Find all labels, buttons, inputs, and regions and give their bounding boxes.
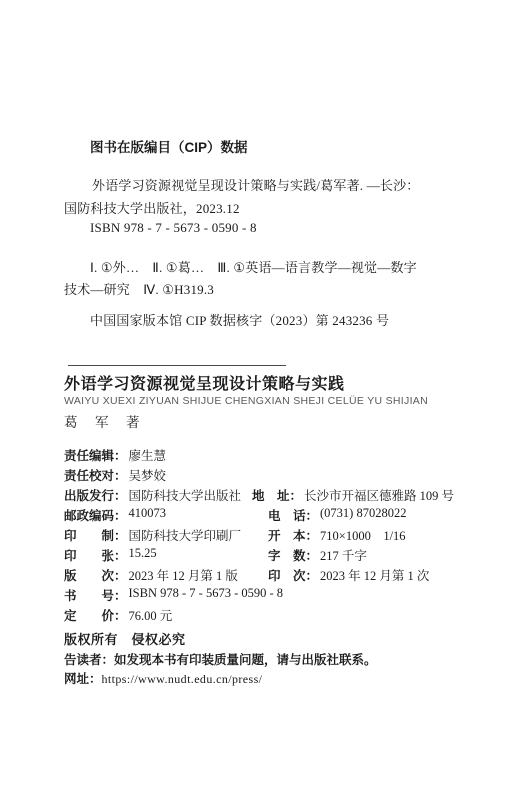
colophon-cell: 版 次： 2023 年 12 月第 1 版 [64, 566, 268, 584]
field-label: 邮政编码： [64, 506, 127, 524]
cip-record-number-line: 中国国家版本馆 CIP 数据核字（2023）第 243236 号 [90, 310, 389, 329]
field-label: 定 价： [64, 606, 127, 624]
website-line: 网址：https://www.nudt.edu.cn/press/ [64, 669, 262, 687]
field-value: (0731) 87028022 [320, 506, 406, 524]
field-value: 长沙市开福区德雅路 109 号 [304, 486, 454, 504]
field-value: 国防科技大学印刷厂 [129, 526, 242, 544]
field-value: 410073 [129, 506, 167, 524]
colophon-cell: 电 话： (0731) 87028022 [268, 506, 454, 524]
cip-classification-line-1: Ⅰ. ①外… Ⅱ. ①葛… Ⅲ. ①英语—语言教学—视觉—数字 [90, 257, 417, 276]
colophon-cell: 责任编辑： 廖生慧 [64, 446, 268, 464]
website-label: 网址： [64, 672, 102, 686]
colophon-cell: 定 价： 76.00 元 [64, 606, 268, 624]
colophon-row: 印 张： 15.25 字 数： 217 千字 [64, 545, 454, 565]
colophon-cell: 地 址： 长沙市开福区德雅路 109 号 [252, 486, 454, 504]
website-url: https://www.nudt.edu.cn/press/ [102, 672, 263, 686]
cip-bibliographic-line-1: 外语学习资源视觉呈现设计策略与实践/葛军著. —长沙： [92, 175, 420, 194]
colophon-row: 版 次： 2023 年 12 月第 1 版 印 次： 2023 年 12 月第 … [64, 565, 454, 585]
colophon-cell: 字 数： 217 千字 [268, 546, 454, 564]
field-value: 吴梦姣 [129, 466, 167, 484]
field-value: 15.25 [129, 546, 157, 564]
field-label: 字 数： [268, 546, 318, 564]
field-label: 开 本： [268, 526, 318, 544]
field-value: 2023 年 12 月第 1 版 [129, 566, 238, 584]
field-label: 版 次： [64, 566, 127, 584]
field-label: 电 话： [268, 506, 318, 524]
copyright-page: 图书在版编目（CIP）数据 外语学习资源视觉呈现设计策略与实践/葛军著. —长沙… [0, 0, 510, 800]
colophon-row: 出版发行： 国防科技大学出版社 地 址： 长沙市开福区德雅路 109 号 [64, 485, 454, 505]
cip-heading: 图书在版编目（CIP）数据 [90, 136, 248, 156]
field-value: 2023 年 12 月第 1 次 [320, 566, 429, 584]
field-value: 217 千字 [320, 546, 367, 564]
field-value: 国防科技大学出版社 [129, 486, 242, 504]
reader-notice: 告读者：如发现本书有印装质量问题，请与出版社联系。 [64, 650, 377, 668]
colophon-table: 责任编辑： 廖生慧 责任校对： 吴梦姣 出版发行： 国防科技大学出版社 [64, 445, 454, 625]
field-label: 书 号： [64, 586, 127, 604]
colophon-cell: 邮政编码： 410073 [64, 506, 268, 524]
colophon-cell: 出版发行： 国防科技大学出版社 [64, 486, 252, 504]
field-value: ISBN 978 - 7 - 5673 - 0590 - 8 [129, 586, 284, 604]
field-label: 印 制： [64, 526, 127, 544]
field-value: 76.00 元 [129, 606, 173, 624]
colophon-cell: 书 号： ISBN 978 - 7 - 5673 - 0590 - 8 [64, 586, 268, 604]
field-label: 印 次： [268, 566, 318, 584]
colophon-row: 书 号： ISBN 978 - 7 - 5673 - 0590 - 8 [64, 585, 454, 605]
colophon-cell: 开 本： 710×1000 1/16 [268, 526, 454, 544]
field-value: 廖生慧 [129, 446, 167, 464]
colophon-row: 印 制： 国防科技大学印刷厂 开 本： 710×1000 1/16 [64, 525, 454, 545]
field-label: 责任校对： [64, 466, 127, 484]
field-label: 印 张： [64, 546, 127, 564]
book-title-pinyin: WAIYU XUEXI ZIYUAN SHIJUE CHENGXIAN SHEJ… [64, 395, 428, 407]
cip-classification-line-2: 技术—研究 Ⅳ. ①H319.3 [64, 279, 214, 298]
field-label: 地 址： [252, 486, 302, 504]
copyright-notice: 版权所有 侵权必究 [64, 629, 186, 648]
field-label: 责任编辑： [64, 446, 127, 464]
colophon-row: 邮政编码： 410073 电 话： (0731) 87028022 [64, 505, 454, 525]
field-value: 710×1000 1/16 [320, 526, 406, 544]
field-label: 出版发行： [64, 486, 127, 504]
colophon-cell: 印 次： 2023 年 12 月第 1 次 [268, 566, 454, 584]
colophon-row: 责任编辑： 廖生慧 [64, 445, 454, 465]
cip-isbn-line: ISBN 978 - 7 - 5673 - 0590 - 8 [90, 220, 257, 236]
colophon-row: 责任校对： 吴梦姣 [64, 465, 454, 485]
colophon-row: 定 价： 76.00 元 [64, 605, 454, 625]
colophon-cell: 印 制： 国防科技大学印刷厂 [64, 526, 268, 544]
colophon-cell: 责任校对： 吴梦姣 [64, 466, 268, 484]
colophon-cell: 印 张： 15.25 [64, 546, 268, 564]
book-title: 外语学习资源视觉呈现设计策略与实践 [64, 371, 345, 394]
cip-bibliographic-line-2: 国防科技大学出版社，2023.12 [64, 198, 240, 217]
title-divider-rule [68, 365, 286, 366]
book-author: 葛 军 著 [64, 411, 142, 431]
